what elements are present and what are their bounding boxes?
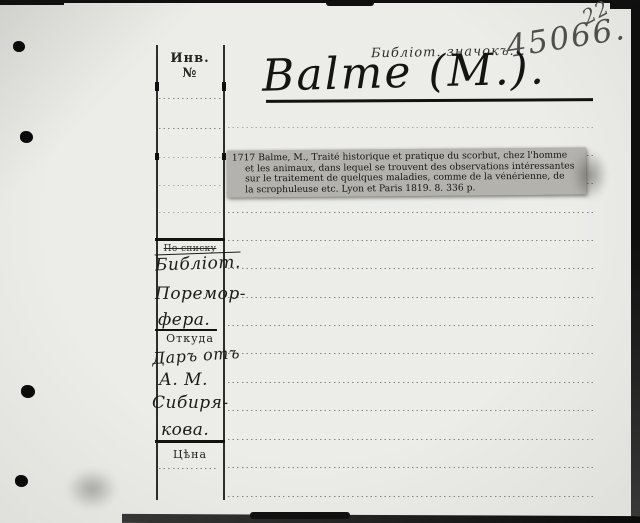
punch-hole [15, 475, 28, 487]
inventory-number-sign: № [157, 66, 223, 81]
column-divider-line [155, 238, 225, 241]
ruled-line [228, 496, 593, 497]
origin-entry-line: Сибиря- [152, 393, 229, 413]
ruled-line [228, 297, 593, 298]
origin-entry-line: Даръ отъ [151, 343, 240, 368]
ruled-line [159, 185, 222, 186]
column-rule-joint [222, 153, 226, 160]
inventory-label-line1: Инв. [157, 51, 223, 66]
scan-edge-right [631, 4, 640, 523]
column-rule-joint [155, 82, 159, 91]
price-field-label: Цѣна [157, 448, 223, 461]
ruled-line [228, 268, 593, 269]
clipping-shadow [572, 150, 608, 200]
ruled-line [228, 353, 593, 354]
origin-entry-line: кова. [161, 420, 209, 440]
punch-hole [13, 41, 25, 52]
clipping-line: la scrophuleuse etc. Lyon et Paris 1819.… [232, 182, 582, 196]
ruled-line [159, 212, 222, 213]
ruled-line [228, 410, 593, 411]
punch-hole [20, 131, 33, 143]
catalog-card: Инв. № По списку Библіот. Поремор- фера.… [0, 0, 640, 523]
scan-edge-top-blob-left [0, 0, 64, 5]
ownership-entry-line: Поремор- [155, 284, 246, 304]
scan-edge-bottom-blob [250, 512, 350, 519]
punch-hole [21, 385, 35, 398]
scan-edge-bottom [122, 514, 640, 523]
ownership-entry-line: Библіот. [155, 253, 241, 276]
ruled-line [228, 127, 593, 128]
smudge-mark [66, 468, 118, 510]
ruled-line [228, 439, 593, 440]
ruled-line [228, 212, 593, 213]
ruled-line [228, 240, 593, 241]
column-divider-line [155, 440, 225, 443]
ruled-line [159, 128, 222, 129]
heading-underline [266, 98, 593, 103]
ruled-line [228, 325, 593, 326]
handwritten-underline [155, 329, 217, 331]
ownership-entry-line: фера. [158, 310, 210, 330]
inventory-label: Инв. № [157, 51, 223, 81]
catalog-clipping: 1717 Balme, M., Traité historique et pra… [227, 147, 586, 197]
column-rule-joint [222, 82, 226, 91]
ruled-line [159, 468, 217, 469]
ruled-line [159, 157, 222, 158]
author-heading: Balme (M.). [261, 43, 546, 101]
scan-edge-top [0, 0, 640, 3]
origin-field-label: Откуда [157, 332, 223, 345]
ruled-line [228, 382, 593, 383]
scan-edge-top-blob-mid [326, 0, 374, 6]
ruled-line [228, 467, 593, 468]
origin-entry-line: А. М. [159, 370, 208, 390]
ruled-line [159, 98, 222, 99]
